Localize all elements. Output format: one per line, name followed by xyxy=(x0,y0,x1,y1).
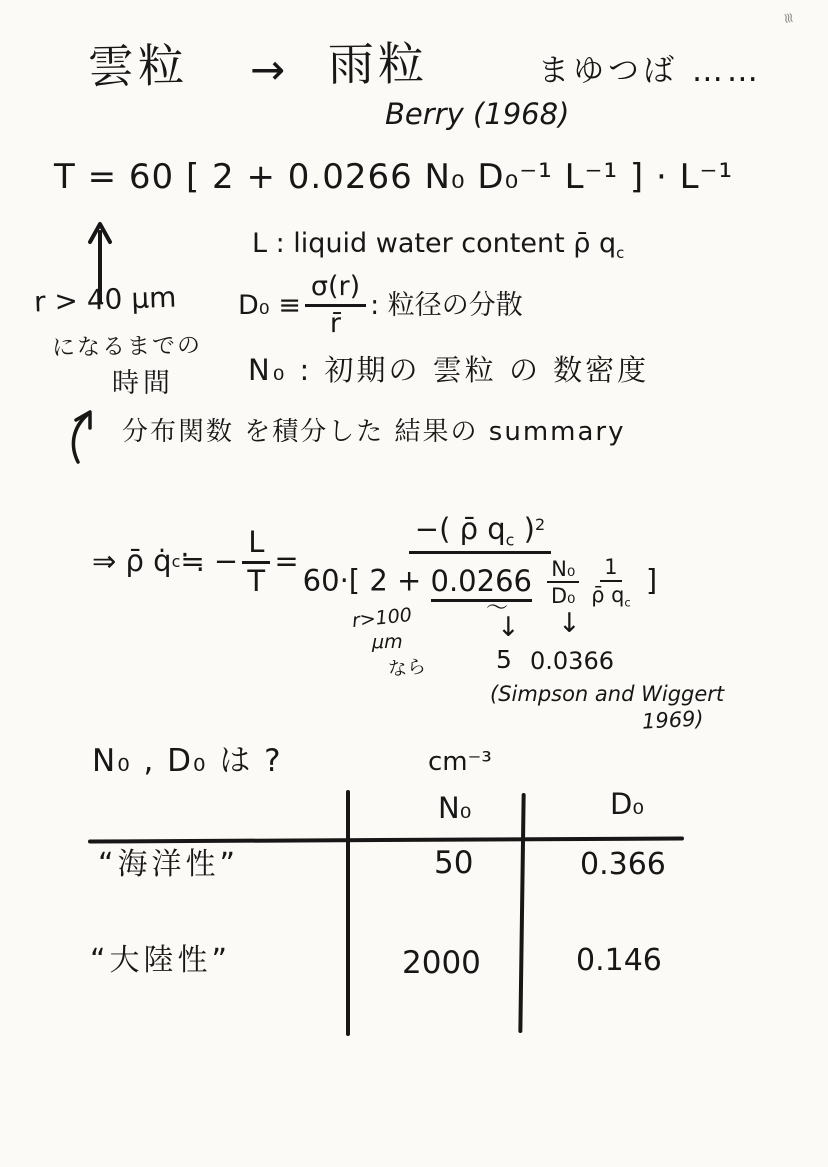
table-vertical-rule-1 xyxy=(346,790,350,1036)
note-r40: r > 40 μm xyxy=(33,282,176,319)
table-row-continental-n0: 2000 xyxy=(402,946,481,982)
table-row-maritime-n0: 50 xyxy=(434,846,473,882)
reference-berry: Berry (1968) xyxy=(385,98,569,131)
down-arrow-icon: ↓ xyxy=(558,608,581,639)
title-rain-droplet: 雨粒 xyxy=(328,38,428,92)
equation-timescale: T = 60 [ 2 + 0.0266 N₀ D₀⁻¹ L⁻¹ ] · L⁻¹ xyxy=(54,158,733,197)
table-header-n0: N₀ xyxy=(438,792,471,825)
definition-dispersion: D₀ ≡ σ(r)r̄ : 粒径の分散 xyxy=(238,272,523,338)
table-header-d0: D₀ xyxy=(610,788,644,821)
annotation-value-00366: 0.0366 xyxy=(530,648,614,676)
table-row-continental-d0: 0.146 xyxy=(576,944,662,979)
annotation-condition-um: μm xyxy=(372,632,403,654)
note-jikan: 時間 xyxy=(112,368,174,399)
definition-liquid-water: L : liquid water content ρ̄ qc xyxy=(252,228,624,262)
title-note: まゆつば …… xyxy=(538,54,762,90)
title-arrow-icon: → xyxy=(250,46,285,94)
handwritten-note-page: ≋ 雲粒 → 雨粒 まゆつば …… Berry (1968) T = 60 [ … xyxy=(0,0,828,1167)
table-question: N₀ , D₀ は ? xyxy=(92,744,283,780)
curved-up-arrow-icon xyxy=(64,404,112,466)
table-horizontal-rule xyxy=(88,836,684,843)
note-naru-made: になるまでの xyxy=(52,333,202,362)
reference-simpson-line1: (Simpson and Wiggert xyxy=(490,682,724,706)
table-row-maritime-label: “海洋性” xyxy=(98,848,239,883)
reference-simpson-line2: 1969) xyxy=(641,706,704,733)
note-summary: 分布関数 を積分した 結果の summary xyxy=(122,418,625,448)
corner-mark: ≋ xyxy=(779,11,797,25)
down-arrow-icon: ↓ xyxy=(497,612,520,643)
table-row-continental-label: “大陸性” xyxy=(90,944,231,979)
annotation-condition-nara: なら xyxy=(387,656,427,681)
table-row-maritime-d0: 0.366 xyxy=(580,848,666,883)
annotation-value-five: 5 xyxy=(496,646,512,675)
table-unit: cm⁻³ xyxy=(428,748,492,778)
table-vertical-rule-2 xyxy=(518,793,525,1033)
title-cloud-droplet: 雲粒 xyxy=(88,39,189,94)
definition-number-density: N₀ : 初期の 雲粒 の 数密度 xyxy=(248,354,649,387)
